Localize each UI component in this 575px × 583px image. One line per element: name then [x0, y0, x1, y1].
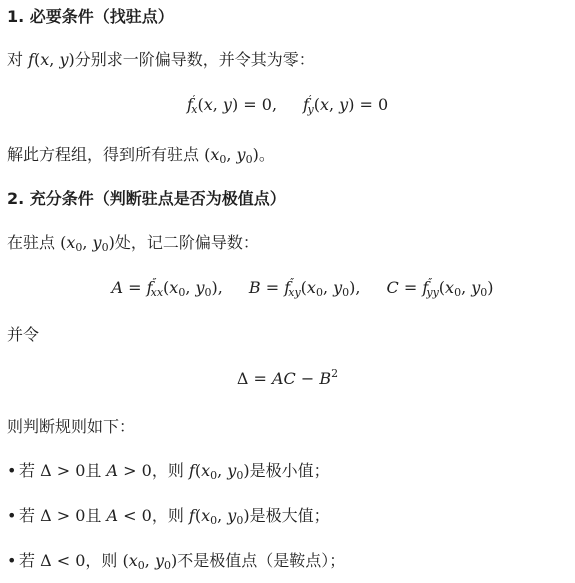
math-A-positive: A > 0	[107, 461, 152, 480]
eq-A: A = f″xx(x0, y0),	[111, 278, 222, 297]
section-2-heading: 2. 充分条件（判断驻点是否为极值点）	[7, 187, 286, 211]
math-delta-positive: Δ > 0	[40, 461, 85, 480]
rule-text: 是极小值；	[250, 461, 330, 480]
para-text: 处，记二阶偏导数：	[115, 233, 259, 252]
rule-local-minimum: •若 Δ > 0且 A > 0，则 f(x0, y0)是极小值；	[7, 459, 330, 483]
math-f-xy: f(x, y)	[28, 50, 75, 69]
eq-B: B = f″xy(x0, y0),	[249, 278, 361, 297]
equation-delta: Δ = AC − B2	[0, 367, 575, 391]
section-1-para-1: 对 f(x, y)分别求一阶偏导数，并令其为零：	[7, 48, 315, 72]
math-delta-negative: Δ < 0	[40, 551, 85, 570]
rule-text: 且	[85, 506, 106, 525]
math-stationary-point: (x0, y0)	[204, 145, 259, 164]
rule-saddle-point: •若 Δ < 0，则 (x0, y0)不是极值点（是鞍点）；	[7, 549, 345, 573]
rule-text: 若	[19, 551, 40, 570]
bullet-icon: •	[7, 549, 19, 573]
equation-first-partials: f′x(x, y) = 0,f′y(x, y) = 0	[0, 93, 575, 117]
eq-C: C = f″yy(x0, y0)	[387, 278, 494, 297]
math-f-x0y0: f(x0, y0)	[189, 506, 250, 525]
rule-local-maximum: •若 Δ > 0且 A < 0，则 f(x0, y0)是极大值；	[7, 504, 330, 528]
para-text: 对	[7, 50, 28, 69]
math-stationary-point: (x0, y0)	[60, 233, 115, 252]
math-A-negative: A < 0	[107, 506, 152, 525]
math-delta-positive: Δ > 0	[40, 506, 85, 525]
para-text: 分别求一阶偏导数，并令其为零：	[75, 50, 315, 69]
para-text: 在驻点	[7, 233, 60, 252]
bullet-icon: •	[7, 459, 19, 483]
para-text: 解此方程组，得到所有驻点	[7, 145, 204, 164]
rule-text: ，则	[152, 506, 189, 525]
eq-fy: f′y(x, y) = 0	[303, 95, 388, 114]
section-2-para-2: 并令	[7, 323, 39, 347]
section-1-para-2: 解此方程组，得到所有驻点 (x0, y0)。	[7, 143, 275, 167]
rule-text: 若	[19, 506, 40, 525]
section-1-heading: 1. 必要条件（找驻点）	[7, 5, 174, 29]
para-text: 。	[259, 145, 275, 164]
rule-text: 若	[19, 461, 40, 480]
equation-second-partials: A = f″xx(x0, y0),B = f″xy(x0, y0),C = f″…	[0, 276, 575, 300]
math-f-x0y0: f(x0, y0)	[189, 461, 250, 480]
rule-text: ，则	[152, 461, 189, 480]
rule-text: 是极大值；	[250, 506, 330, 525]
rule-text: 且	[85, 461, 106, 480]
rule-text: ，则	[85, 551, 122, 570]
section-2-para-1: 在驻点 (x0, y0)处，记二阶偏导数：	[7, 231, 259, 255]
section-2-para-3: 则判断规则如下：	[7, 415, 135, 439]
bullet-icon: •	[7, 504, 19, 528]
rule-text: 不是极值点（是鞍点）；	[177, 551, 345, 570]
math-stationary-point: (x0, y0)	[123, 551, 178, 570]
eq-fx: f′x(x, y) = 0,	[187, 95, 277, 114]
